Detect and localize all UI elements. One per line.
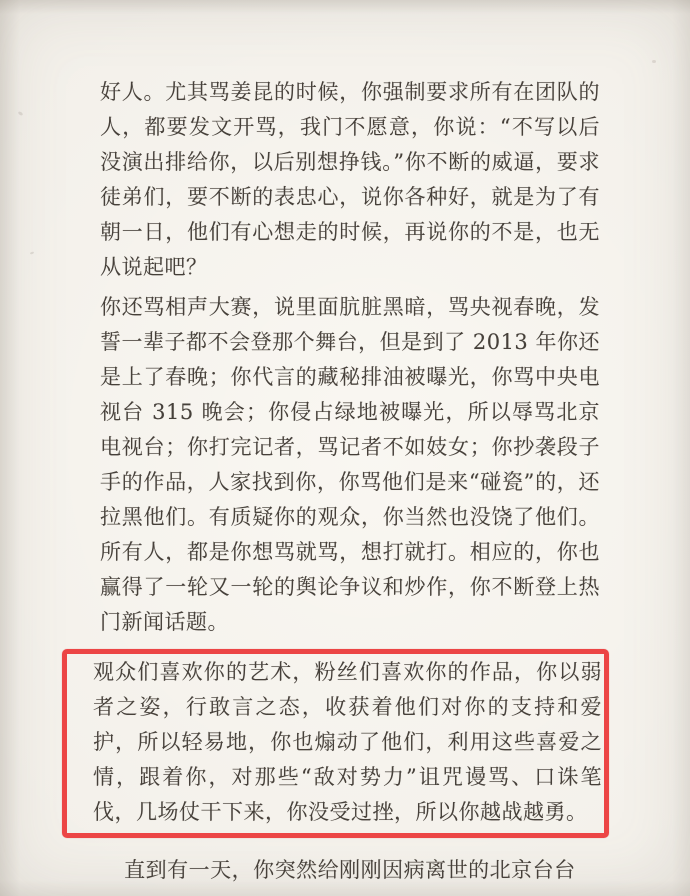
paragraph-2: 你还骂相声大赛，说里面肮脏黑暗，骂央视春晚，发誓一辈子都不会登那个舞台，但是到了… (100, 290, 600, 640)
paragraph-3-highlighted: 观众们喜欢你的艺术，粉丝们喜欢你的作品，你以弱者之姿，行敢言之态，收获着他们对你… (93, 655, 602, 830)
article-text-column: 好人。尤其骂姜昆的时候，你强制要求所有在团队的人，都要发文开骂，我门不愿意，你说… (100, 75, 600, 893)
red-highlight-box: 观众们喜欢你的艺术，粉丝们喜欢你的作品，你以弱者之姿，行敢言之态，收获着他们对你… (62, 649, 609, 838)
paper-speck (30, 251, 34, 254)
paper-speck (18, 111, 24, 116)
paragraph-1: 好人。尤其骂姜昆的时候，你强制要求所有在团队的人，都要发文开骂，我门不愿意，你说… (100, 75, 600, 285)
photographed-page: 好人。尤其骂姜昆的时候，你强制要求所有在团队的人，都要发文开骂，我门不愿意，你说… (0, 0, 690, 896)
paper-speck (652, 60, 656, 63)
paragraph-4: 直到有一天，你突然给刚刚因病离世的北京台台 (100, 853, 600, 888)
